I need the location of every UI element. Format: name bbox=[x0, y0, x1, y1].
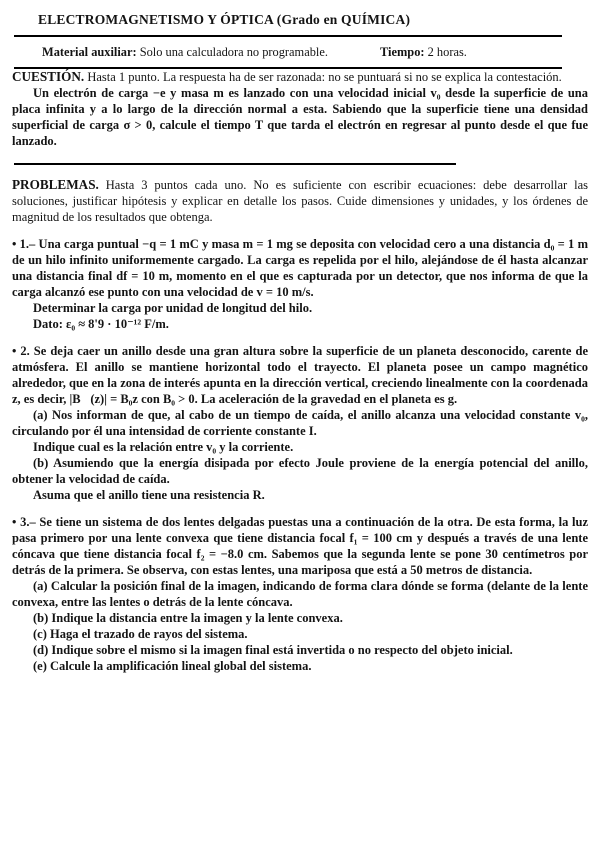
problem-3-item-b: (b) Indique la distancia entre la imagen… bbox=[12, 610, 588, 626]
problem-2-item-a: (a) Nos informan de que, al cabo de un t… bbox=[12, 407, 588, 439]
header-rule-top bbox=[14, 35, 562, 37]
cuestion-intro: Hasta 1 punto. La respuesta ha de ser ra… bbox=[84, 70, 562, 84]
exam-page: ELECTROMAGNETISMO Y ÓPTICA (Grado en QUÍ… bbox=[0, 0, 599, 848]
exam-header: ELECTROMAGNETISMO Y ÓPTICA (Grado en QUÍ… bbox=[14, 12, 562, 69]
material-label: Material auxiliar: bbox=[42, 45, 137, 59]
material-auxiliar: Material auxiliar: Solo una calculadora … bbox=[42, 45, 328, 59]
cuestion-body: Un electrón de carga −e y masa m es lanz… bbox=[12, 85, 588, 149]
section-divider-rule bbox=[14, 163, 456, 165]
header-info-row: Material auxiliar: Solo una calculadora … bbox=[42, 44, 562, 60]
problem-2-statement: • 2. Se deja caer un anillo desde una gr… bbox=[12, 343, 588, 407]
problem-2-item-a-note: Indique cual es la relación entre v₀ y l… bbox=[12, 439, 588, 455]
problemas-section: PROBLEMAS. Hasta 3 puntos cada uno. No e… bbox=[12, 177, 588, 225]
problemas-heading-line: PROBLEMAS. Hasta 3 puntos cada uno. No e… bbox=[12, 177, 588, 225]
cuestion-heading: CUESTIÓN. bbox=[12, 69, 84, 84]
problem-1-task: Determinar la carga por unidad de longit… bbox=[12, 300, 588, 316]
problemas-heading: PROBLEMAS. bbox=[12, 177, 99, 192]
problem-1: • 1.– Una carga puntual −q = 1 mC y masa… bbox=[12, 236, 588, 332]
problem-2-item-b-note: Asuma que el anillo tiene una resistenci… bbox=[12, 487, 588, 503]
exam-title: ELECTROMAGNETISMO Y ÓPTICA (Grado en QUÍ… bbox=[38, 12, 562, 28]
problem-3-item-a: (a) Calcular la posición final de la ima… bbox=[12, 578, 588, 610]
problem-1-statement: • 1.– Una carga puntual −q = 1 mC y masa… bbox=[12, 236, 588, 300]
tiempo-value: 2 horas. bbox=[425, 45, 467, 59]
problem-3-item-e: (e) Calcule la amplificación lineal glob… bbox=[12, 658, 588, 674]
tiempo-label: Tiempo: bbox=[380, 45, 425, 59]
cuestion-section: CUESTIÓN. Hasta 1 punto. La respuesta ha… bbox=[12, 69, 588, 149]
problem-3-statement: • 3.– Se tiene un sistema de dos lentes … bbox=[12, 514, 588, 578]
problem-3-item-d: (d) Indique sobre el mismo si la imagen … bbox=[12, 642, 588, 658]
material-value: Solo una calculadora no programable. bbox=[137, 45, 328, 59]
problemas-intro-text: Hasta 3 puntos cada uno. No es suficient… bbox=[12, 178, 588, 224]
problem-2: • 2. Se deja caer un anillo desde una gr… bbox=[12, 343, 588, 503]
problem-1-data: Dato: ε₀ ≈ 8'9 · 10⁻¹² F/m. bbox=[12, 316, 588, 332]
cuestion-heading-line: CUESTIÓN. Hasta 1 punto. La respuesta ha… bbox=[12, 69, 588, 85]
tiempo: Tiempo: 2 horas. bbox=[380, 44, 467, 60]
problem-2-item-b: (b) Asumiendo que la energía disipada po… bbox=[12, 455, 588, 487]
problem-3: • 3.– Se tiene un sistema de dos lentes … bbox=[12, 514, 588, 674]
problem-3-item-c: (c) Haga el trazado de rayos del sistema… bbox=[12, 626, 588, 642]
